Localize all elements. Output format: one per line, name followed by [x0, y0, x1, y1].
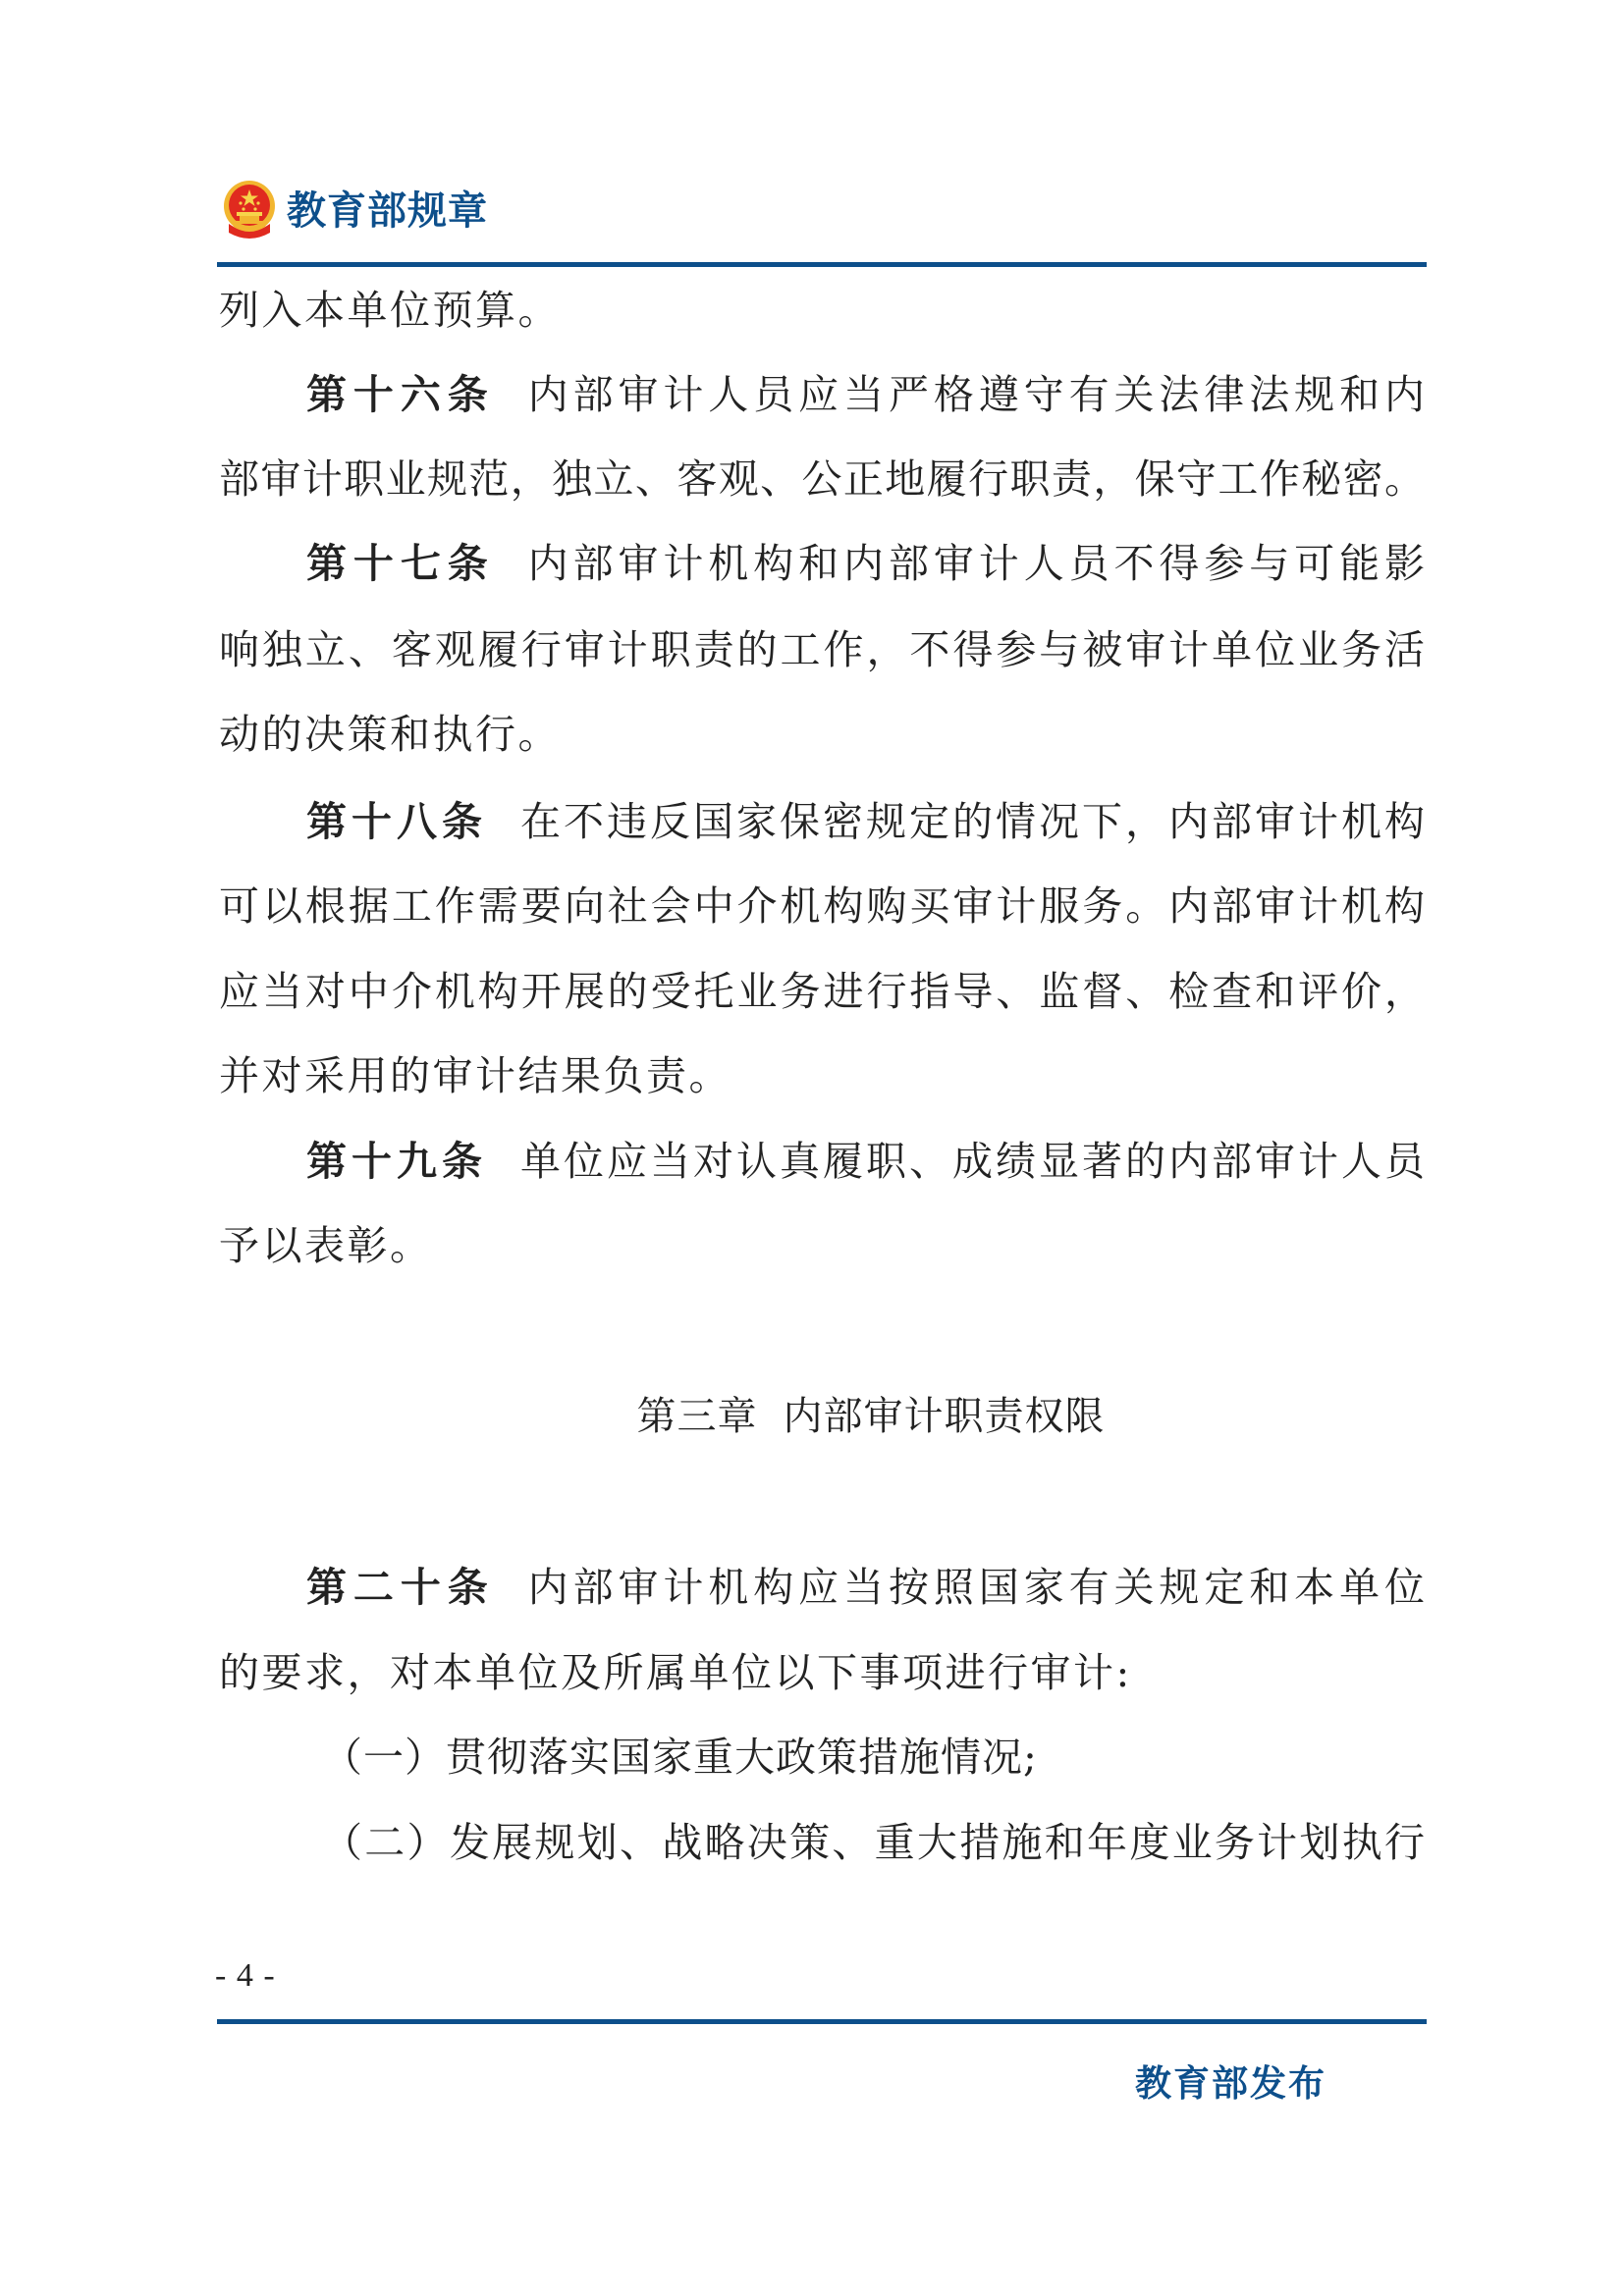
- national-emblem-icon: [220, 180, 279, 240]
- list-item: （一）贯彻落实国家重大政策措施情况;: [219, 1733, 1425, 1782]
- page-number: - 4 -: [215, 1956, 276, 1996]
- article-line: 第十九条单位应当对认真履职、成绩显著的内部审计人员: [219, 1137, 1425, 1186]
- publisher-label: 教育部发布: [1135, 2061, 1326, 2107]
- article-heading: 第十八条: [306, 798, 487, 845]
- line-text: 列入本单位预算。: [219, 287, 561, 334]
- chapter-heading: 第三章内部审计职责权限: [0, 1392, 1624, 1441]
- line-text: 在不违反国家保密规定的情况下，内部审计机构: [520, 798, 1425, 845]
- line-text: 响独立、客观履行审计职责的工作，不得参与被审计单位业务活: [219, 626, 1425, 673]
- line-text: 可以根据工作需要向社会中介机构购买审计服务。内部审计机构: [219, 882, 1425, 930]
- document-page: 教育部规章 列入本单位预算。 第十六条内部审计人员应当严格遵守有关法律法规和内 …: [0, 0, 1624, 2296]
- text-line: 动的决策和执行。: [219, 710, 1425, 759]
- header-divider: [217, 262, 1427, 267]
- article-heading: 第十六条: [306, 371, 495, 418]
- text-line: 并对采用的审计结果负责。: [219, 1051, 1425, 1100]
- article-line: 第二十条内部审计机构应当按照国家有关规定和本单位: [219, 1563, 1425, 1612]
- header-title: 教育部规章: [287, 185, 488, 238]
- article-heading: 第十九条: [306, 1138, 487, 1185]
- chapter-title: 内部审计职责权限: [784, 1394, 1106, 1439]
- article-line: 第十八条在不违反国家保密规定的情况下，内部审计机构: [219, 797, 1425, 846]
- line-text: 并对采用的审计结果负责。: [219, 1052, 731, 1099]
- article-heading: 第十七条: [306, 540, 495, 587]
- line-text: 应当对中介机构开展的受托业务进行指导、监督、检查和评价，: [219, 968, 1425, 1015]
- line-text: （一）贯彻落实国家重大政策措施情况;: [322, 1734, 1038, 1781]
- text-line: 列入本单位预算。: [219, 286, 1425, 335]
- line-text: 内部审计人员应当严格遵守有关法律法规和内: [528, 371, 1425, 418]
- text-line: 部审计职业规范，独立、客观、公正地履行职责，保守工作秘密。: [219, 454, 1425, 504]
- text-line: 予以表彰。: [219, 1221, 1425, 1270]
- article-line: 第十六条内部审计人员应当严格遵守有关法律法规和内: [219, 370, 1425, 419]
- line-text: 的要求，对本单位及所属单位以下事项进行审计:: [219, 1649, 1132, 1696]
- article-heading: 第二十条: [306, 1564, 495, 1611]
- line-text: 予以表彰。: [219, 1222, 433, 1269]
- line-text: 动的决策和执行。: [219, 711, 561, 758]
- list-item: （二）发展规划、战略决策、重大措施和年度业务计划执行: [219, 1818, 1425, 1867]
- article-line: 第十七条内部审计机构和内部审计人员不得参与可能影: [219, 539, 1425, 588]
- text-line: 响独立、客观履行审计职责的工作，不得参与被审计单位业务活: [219, 625, 1425, 674]
- line-text: （二）发展规划、战略决策、重大措施和年度业务计划执行: [322, 1819, 1425, 1866]
- footer-divider: [217, 2019, 1427, 2024]
- chapter-number: 第三章: [637, 1394, 758, 1439]
- text-line: 的要求，对本单位及所属单位以下事项进行审计:: [219, 1648, 1425, 1697]
- line-text: 部审计职业规范，独立、客观、公正地履行职责，保守工作秘密。: [219, 455, 1425, 503]
- line-text: 单位应当对认真履职、成绩显著的内部审计人员: [520, 1138, 1425, 1185]
- text-line: 可以根据工作需要向社会中介机构购买审计服务。内部审计机构: [219, 881, 1425, 931]
- line-text: 内部审计机构和内部审计人员不得参与可能影: [528, 540, 1425, 587]
- line-text: 内部审计机构应当按照国家有关规定和本单位: [528, 1564, 1425, 1611]
- text-line: 应当对中介机构开展的受托业务进行指导、监督、检查和评价，: [219, 967, 1425, 1016]
